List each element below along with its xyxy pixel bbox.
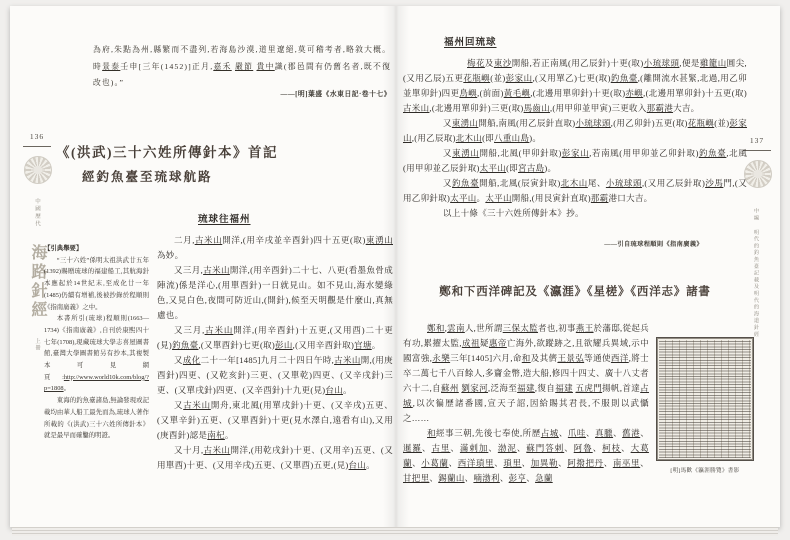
publisher-seal-icon xyxy=(744,160,772,188)
running-chapter-vertical: 中編 明代的釣魚臺記載及明代的海道針經 xyxy=(753,208,760,338)
sidebar-note: 【引典舉要】 “三十六姓”係明太祖洪武廿五年(1392)賜贈琉球的福建船工,其航… xyxy=(44,243,149,442)
woodblock-text-columns xyxy=(659,340,751,458)
route-paragraph: 又三月,古米山開洋,(用辛酉針)二十七、八更(看墨魚骨成陣流)係是洋心,(用單酉… xyxy=(157,263,393,323)
route-paragraph: 梅花及東沙開船,若正南風(用乙辰針)十更(取)小琉球頭,便是雞籠山圓尖,(又用乙… xyxy=(403,56,747,116)
page-number-rule-right xyxy=(743,150,771,151)
publisher-seal-icon xyxy=(24,156,52,184)
chapter-title-line1: 《(洪武)三十六姓所傳針本》首記 xyxy=(56,141,278,161)
series-title-vertical: 中國歷代 xyxy=(33,198,41,228)
route-paragraph: 又成化二十一年[1485]九月二十四日午時,古米山開,(用庚酉針)四更、(又乾亥… xyxy=(157,353,393,398)
opening-quote-attribution: ——[明]葉盛《水東日記·卷十七》 xyxy=(93,88,391,98)
route-attribution: ——引自琉球程順則《指南廣義》 xyxy=(403,239,703,248)
page-number-left: 136 xyxy=(22,132,52,141)
article-body: [明]馬歡《瀛涯勝覽》書影 鄭和,雲南人,世所謂三保太監者也,初事燕王於藩邸,從… xyxy=(403,321,754,505)
figure-caption: [明]馬歡《瀛涯勝覽》書影 xyxy=(656,464,754,479)
route-paragraph: 又東湧山開船,北風(甲卯針取)彭家山,若南風(用甲卯並乙卯針取)釣魚臺,北風(用… xyxy=(403,146,747,176)
woodblock-page-image xyxy=(656,337,754,461)
route-text-right: 福州回琉球 梅花及東沙開船,若正南風(用乙辰針)十更(取)小琉球頭,便是雞籠山圓… xyxy=(403,36,747,221)
page-edges xyxy=(12,527,778,536)
book-spread-photo: 136 中國歷代 海路針經 上冊 為府,朱點為州,縣繁而不盡列,若海島沙漠,道里… xyxy=(0,0,790,540)
article-title: 鄭和下西洋碑記及《瀛涯》《星槎》《西洋志》諸書 xyxy=(403,283,747,299)
route-closing-line: 以上十條《三十六姓所傳針本》抄。 xyxy=(403,206,747,221)
route-paragraph: 又三月,古米山開洋,(用辛酉針)十五更,(又用酉)二十更(見)釣魚臺,(又單酉針… xyxy=(157,323,393,353)
chapter-title: 《(洪武)三十六姓所傳針本》首記 經釣魚臺至琉球航路 xyxy=(56,141,278,185)
route-paragraph: 又十月,古米山開洋,(用乾戌針)十更、(又用辛)五更、(又用單酉)十更、(又用辛… xyxy=(157,443,393,473)
route-text-left: 琉球往福州 二月,古米山開洋,(用辛戌並辛酉針)四十五更(取)東湧山為妙。 又三… xyxy=(157,213,393,473)
opening-quote: 為府,朱點為州,縣繁而不盡列,若海島沙漠,道里遼絕,莫可稽考者,略敘大概。時景泰… xyxy=(93,42,391,92)
route-paragraph: 又古米山開舟,東北風(用單戌針)十更、(又辛戌)五更、(又單辛針)五更、(又單酉… xyxy=(157,398,393,443)
sidebar-paragraph: 東海的釣魚臺諸島,無論發現或記載均由華人船工最先而為,琉球人著作所載的《(洪武)… xyxy=(44,395,149,442)
sidebar-paragraph: 本書所引(琉球)程順則(1663—1734)《指南廣義》,自刊於康熙四十七年(1… xyxy=(44,313,149,395)
route-paragraph: 又東湧山開船,南風(用乙辰針直取)小琉球頭,(用乙卯針)五更(取)花瓶嶼(並)彭… xyxy=(403,116,747,146)
volume-label: 上冊 xyxy=(33,338,41,351)
figure-woodblock: [明]馬歡《瀛涯勝覽》書影 xyxy=(656,337,754,479)
route-header-ryukyu-to-fuzhou: 琉球往福州 xyxy=(198,213,393,228)
chapter-title-line2: 經釣魚臺至琉球航路 xyxy=(82,167,278,185)
page-number-rule-left xyxy=(23,146,51,147)
route-header-fuzhou-to-ryukyu: 福州回琉球 xyxy=(444,36,747,51)
sidebar-heading: 【引典舉要】 xyxy=(44,243,149,255)
route-paragraph: 又釣魚臺開船,北風(辰寅針取)北木山尾、小琉球頭,(又用乙辰針取)沙馬門,(又用… xyxy=(403,176,747,206)
route-paragraph: 二月,古米山開洋,(用辛戌並辛酉針)四十五更(取)東湧山為妙。 xyxy=(157,233,393,263)
sidebar-paragraph: “三十六姓”係明太祖洪武廿五年(1392)賜贈琉球的福建船工,其航海針本應起於1… xyxy=(44,255,149,314)
